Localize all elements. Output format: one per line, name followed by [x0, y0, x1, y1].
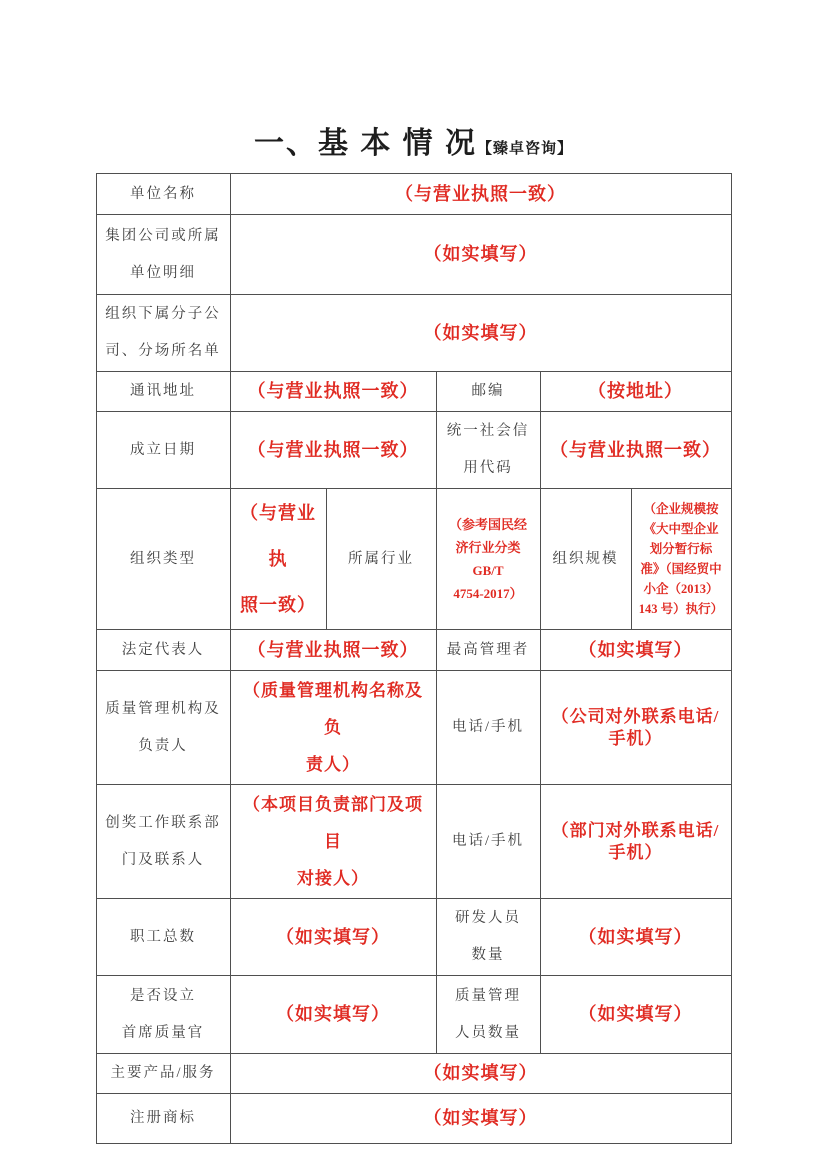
row-legal-rep: 法定代表人 （与营业执照一致） 最高管理者 （如实填写）	[96, 630, 731, 671]
unit-name-label: 单位名称	[96, 174, 230, 215]
credit-code-value[interactable]: （与营业执照一致）	[540, 412, 731, 489]
dept-phone-value[interactable]: （部门对外联系电话/ 手机）	[540, 785, 731, 899]
row-group-company: 集团公司或所属 单位明细 （如实填写）	[96, 215, 731, 295]
org-type-value[interactable]: （与营业执 照一致）	[230, 489, 326, 630]
credit-code-label: 统一社会信 用代码	[436, 412, 540, 489]
cqo-label: 是否设立 首席质量官	[96, 976, 230, 1054]
row-subsidiaries: 组织下属分子公 司、分场所名单 （如实填写）	[96, 295, 731, 372]
row-quality-dept: 质量管理机构及 负责人 （质量管理机构名称及负 责人） 电话/手机 （公司对外联…	[96, 671, 731, 785]
legal-rep-label: 法定代表人	[96, 630, 230, 671]
staff-total-value[interactable]: （如实填写）	[230, 899, 436, 976]
company-phone-label: 电话/手机	[436, 671, 540, 785]
quality-dept-value[interactable]: （质量管理机构名称及负 责人）	[230, 671, 436, 785]
main-products-label: 主要产品/服务	[96, 1054, 230, 1094]
company-phone-value[interactable]: （公司对外联系电话/ 手机）	[540, 671, 731, 785]
row-unit-name: 单位名称 （与营业执照一致）	[96, 174, 731, 215]
subsidiaries-label: 组织下属分子公 司、分场所名单	[96, 295, 230, 372]
rd-staff-value[interactable]: （如实填写）	[540, 899, 731, 976]
subsidiaries-value[interactable]: （如实填写）	[230, 295, 731, 372]
postcode-label: 邮编	[436, 372, 540, 412]
unit-name-value[interactable]: （与营业执照一致）	[230, 174, 731, 215]
row-trademark: 注册商标 （如实填写）	[96, 1094, 731, 1144]
trademark-value[interactable]: （如实填写）	[230, 1094, 731, 1144]
address-label: 通讯地址	[96, 372, 230, 412]
org-type-label: 组织类型	[96, 489, 230, 630]
top-manager-value[interactable]: （如实填写）	[540, 630, 731, 671]
qm-staff-label: 质量管理 人员数量	[436, 976, 540, 1054]
row-org-type: 组织类型 （与营业执 照一致） 所属行业 （参考国民经 济行业分类 GB/T 4…	[96, 489, 731, 630]
row-award-contact: 创奖工作联系部 门及联系人 （本项目负责部门及项目 对接人） 电话/手机 （部门…	[96, 785, 731, 899]
main-products-value[interactable]: （如实填写）	[230, 1054, 731, 1094]
award-contact-value[interactable]: （本项目负责部门及项目 对接人）	[230, 785, 436, 899]
row-main-products: 主要产品/服务 （如实填写）	[96, 1054, 731, 1094]
industry-value[interactable]: （参考国民经 济行业分类 GB/T 4754-2017）	[436, 489, 540, 630]
legal-rep-value[interactable]: （与营业执照一致）	[230, 630, 436, 671]
address-value[interactable]: （与营业执照一致）	[230, 372, 436, 412]
page-title-suffix: 【臻卓咨询】	[477, 141, 573, 157]
page-title: 一、基 本 情 况【臻卓咨询】	[0, 118, 827, 162]
row-chief-quality-officer: 是否设立 首席质量官 （如实填写） 质量管理 人员数量 （如实填写）	[96, 976, 731, 1054]
group-company-value[interactable]: （如实填写）	[230, 215, 731, 295]
row-staff-total: 职工总数 （如实填写） 研发人员 数量 （如实填写）	[96, 899, 731, 976]
page-title-main: 一、基 本 情 况	[254, 127, 477, 160]
quality-dept-label: 质量管理机构及 负责人	[96, 671, 230, 785]
founding-date-label: 成立日期	[96, 412, 230, 489]
postcode-value[interactable]: （按地址）	[540, 372, 731, 412]
top-manager-label: 最高管理者	[436, 630, 540, 671]
cqo-value[interactable]: （如实填写）	[230, 976, 436, 1054]
row-founding-date: 成立日期 （与营业执照一致） 统一社会信 用代码 （与营业执照一致）	[96, 412, 731, 489]
trademark-label: 注册商标	[96, 1094, 230, 1144]
basic-info-table: 单位名称 （与营业执照一致） 集团公司或所属 单位明细 （如实填写） 组织下属分…	[96, 173, 732, 1144]
industry-label: 所属行业	[326, 489, 436, 630]
rd-staff-label: 研发人员 数量	[436, 899, 540, 976]
award-contact-label: 创奖工作联系部 门及联系人	[96, 785, 230, 899]
org-scale-value[interactable]: （企业规模按 《大中型企业 划分暂行标 准》（国经贸中 小企（2013） 143…	[631, 489, 731, 630]
group-company-label: 集团公司或所属 单位明细	[96, 215, 230, 295]
founding-date-value[interactable]: （与营业执照一致）	[230, 412, 436, 489]
row-address: 通讯地址 （与营业执照一致） 邮编 （按地址）	[96, 372, 731, 412]
qm-staff-value[interactable]: （如实填写）	[540, 976, 731, 1054]
org-scale-label: 组织规模	[540, 489, 631, 630]
staff-total-label: 职工总数	[96, 899, 230, 976]
dept-phone-label: 电话/手机	[436, 785, 540, 899]
document-page: 一、基 本 情 况【臻卓咨询】 单位名称 （与营业执照一致） 集团公司或所属 单…	[0, 0, 827, 1170]
